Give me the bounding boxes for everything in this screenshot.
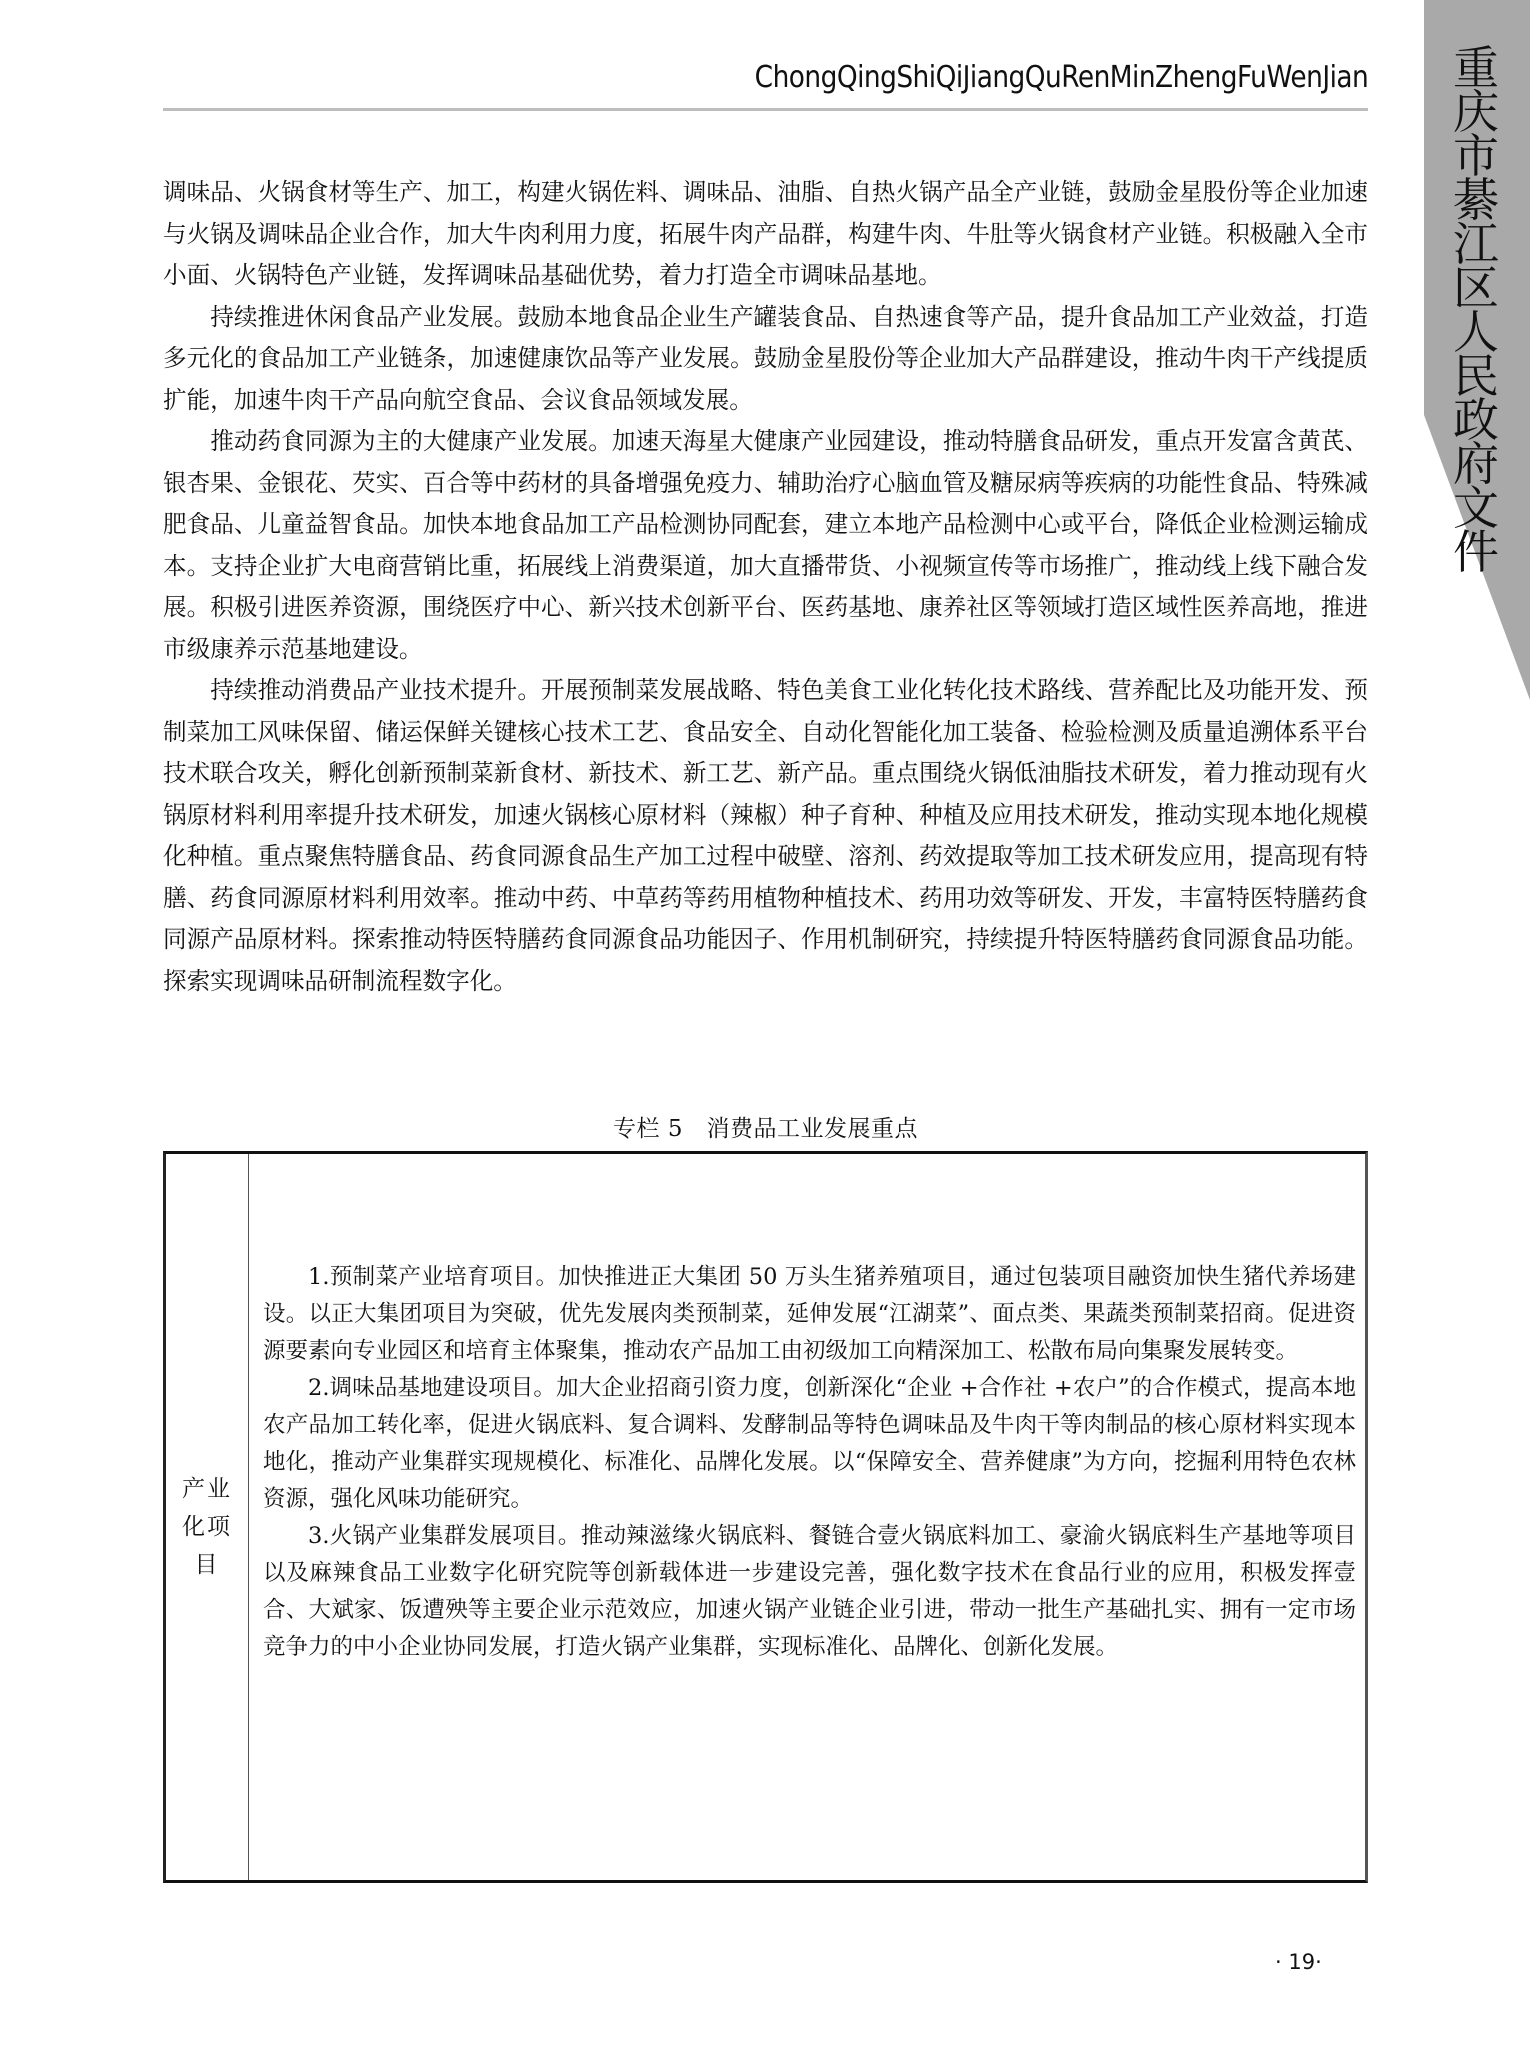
paragraph: 调味品、火锅食材等生产、加工，构建火锅佐料、调味品、油脂、自热火锅产品全产业链，… [163,172,1368,297]
project-item: 2.调味品基地建设项目。加大企业招商引资力度，创新深化“企业 +合作社 +农户”… [263,1370,1356,1518]
paragraph: 持续推动消费品产业技术提升。开展预制菜发展战略、特色美食工业化转化技术路线、营养… [163,670,1368,1002]
project-item: 3.火锅产业集群发展项目。推动辣滋缘火锅底料、餐链合壹火锅底料加工、豪渝火锅底料… [263,1518,1356,1666]
running-header: ChongQingShiQiJiangQuRenMinZhengFuWenJia… [163,58,1368,111]
side-tab-label: 重庆市綦江区人民政府文件 [1444,46,1508,574]
project-item: 1.预制菜产业培育项目。加快推进正大集团 50 万头生猪养殖项目，通过包装项目融… [263,1259,1356,1370]
box-content: 1.预制菜产业培育项目。加快推进正大集团 50 万头生猪养殖项目，通过包装项目融… [263,1259,1356,1666]
box-caption: 专栏 5 消费品工业发展重点 [163,1110,1368,1143]
paragraph: 持续推进休闲食品产业发展。鼓励本地食品企业生产罐装食品、自热速食等产品，提升食品… [163,297,1368,422]
row-label: 产业化项目 [166,1470,248,1584]
running-title: ChongQingShiQiJiangQuRenMinZhengFuWenJia… [754,60,1368,95]
paragraph: 推动药食同源为主的大健康产业发展。加速天海星大健康产业园建设，推动特膳食品研发，… [163,421,1368,670]
body-text: 调味品、火锅食材等生产、加工，构建火锅佐料、调味品、油脂、自热火锅产品全产业链，… [163,172,1368,1002]
feature-box-table: 产业化项目 1.预制菜产业培育项目。加快推进正大集团 50 万头生猪养殖项目，通… [163,1151,1368,1883]
page-number: · 19· [1275,1950,1322,1974]
column-divider [248,1154,249,1880]
